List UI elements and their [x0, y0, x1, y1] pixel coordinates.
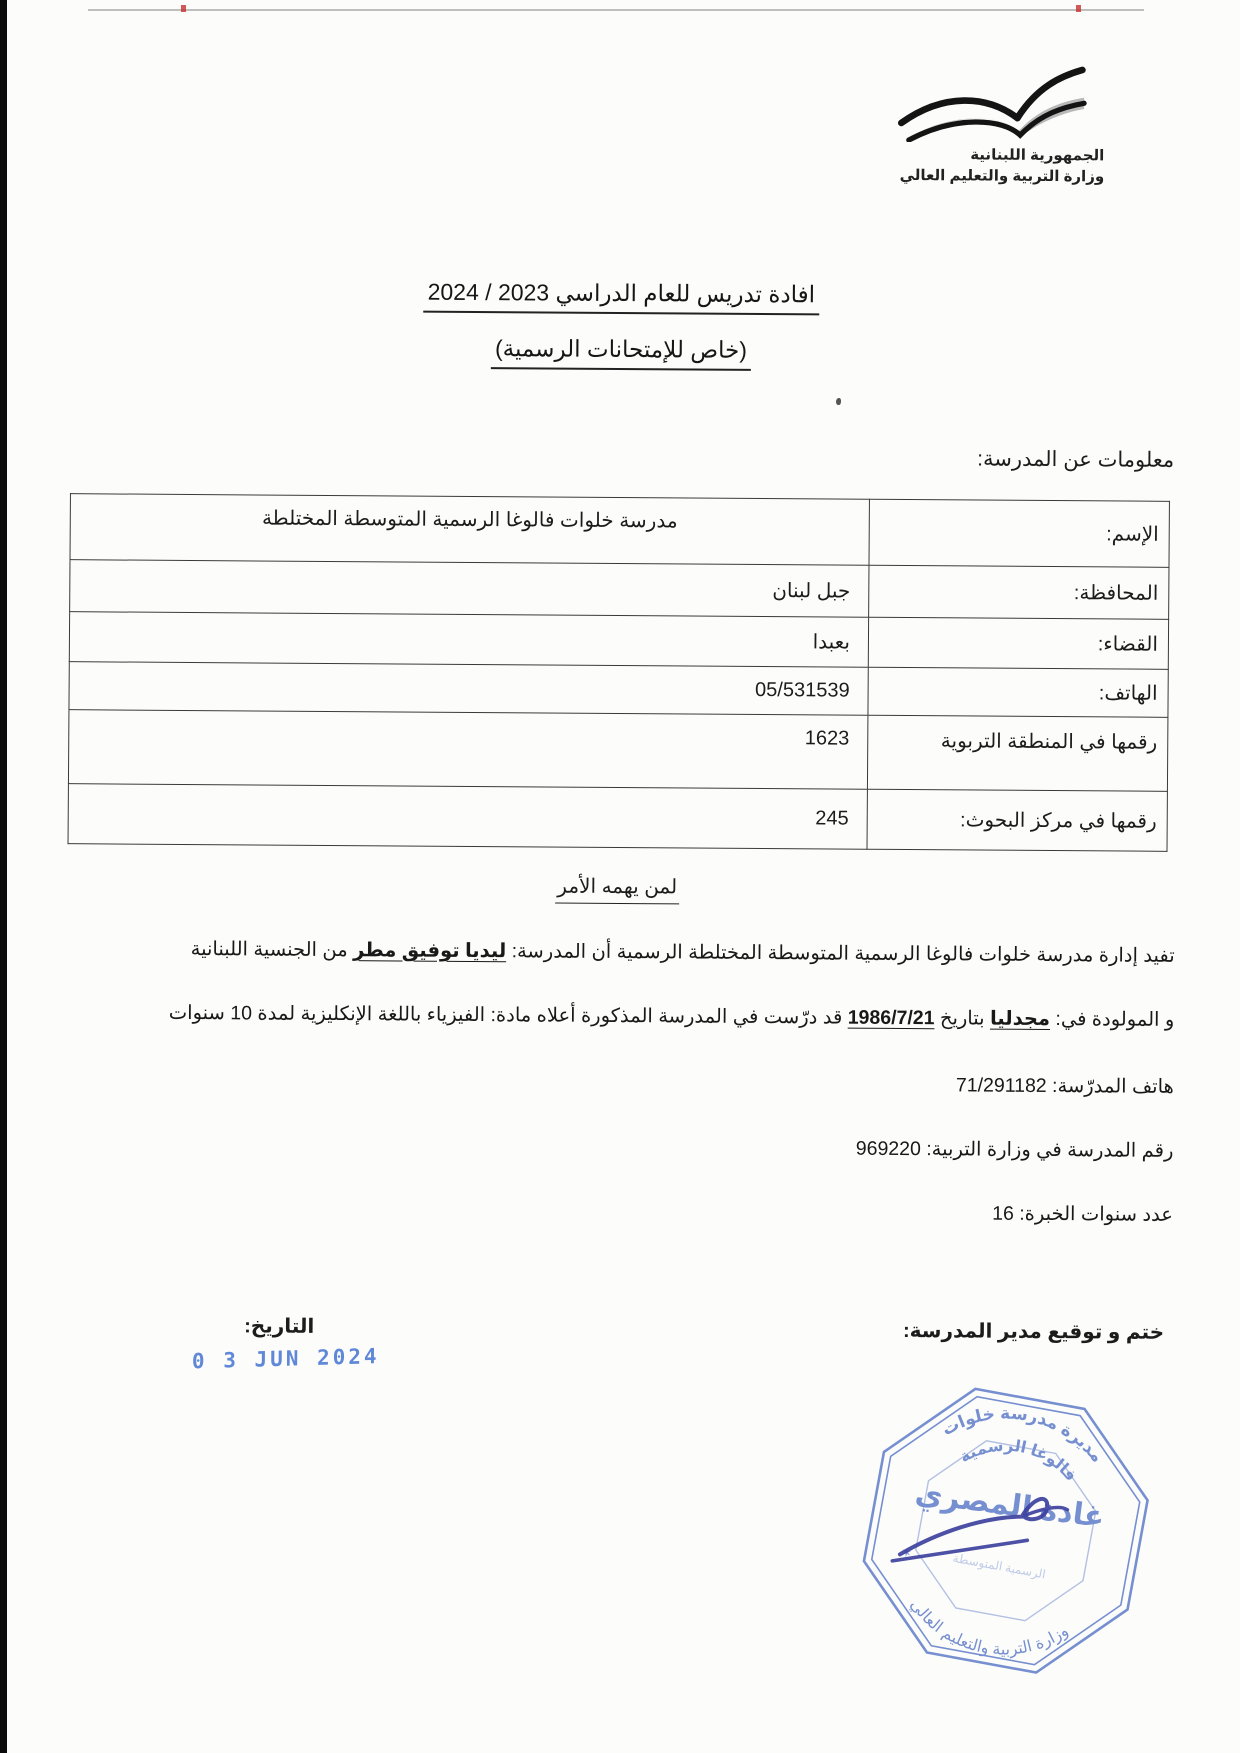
document-content: الجمهورية اللبنانية وزارة التربية والتعل…	[0, 0, 1240, 1753]
stamp-signature-label: ختم و توقيع مدير المدرسة:	[903, 1318, 1164, 1345]
table-row: الإسم: مدرسة خلوات فالوغا الرسمية المتوس…	[70, 494, 1169, 568]
letter-heading-text: لمن يهمه الأمر	[555, 874, 679, 905]
title-line2-text: (خاص للإمتحانات الرسمية)	[491, 335, 751, 371]
octagon-seal-icon: مديرة مدرسة خلوات فالوغا الرسمية غادة ال…	[839, 1352, 1172, 1724]
title-line1-text: افادة تدريس للعام الدراسي 2023 / 2024	[424, 279, 820, 316]
row-label: الهاتف:	[868, 667, 1168, 717]
row-value: بعبدا	[69, 612, 868, 668]
table-row: رقمها في مركز البحوث: 245	[68, 784, 1167, 852]
document-subtitle: (خاص للإمتحانات الرسمية)	[1, 332, 1240, 375]
birthdate: 1986/7/21	[848, 1007, 935, 1030]
birthplace: مجدليا	[990, 1008, 1050, 1030]
table-row: الهاتف: 05/531539	[69, 662, 1168, 718]
letter-line-1: تفيد إدارة مدرسة خلوات فالوغا الرسمية ال…	[191, 937, 1175, 968]
row-value: 1623	[68, 710, 867, 790]
seal-arc-bottom-text: وزارة التربية والتعليم العالي	[899, 1594, 1074, 1673]
line2-pre: و المولودة في:	[1050, 1008, 1174, 1031]
table-row: القضاء: بعبدا	[69, 612, 1168, 670]
line2-mid: بتاريخ	[934, 1007, 990, 1029]
scanned-document-page: الجمهورية اللبنانية وزارة التربية والتعل…	[0, 0, 1240, 1753]
letter-line-4: رقم المدرسة في وزارة التربية: 969220	[856, 1137, 1174, 1163]
org-name-line2: وزارة التربية والتعليم العالي	[878, 165, 1108, 188]
table-row: رقمها في المنطقة التربوية 1623	[68, 710, 1167, 792]
seal-inner-faint-text: الرسمية المتوسطة	[952, 1551, 1047, 1583]
row-label: رقمها في مركز البحوث:	[867, 789, 1167, 851]
teacher-name: ليديا توفيق مطر	[353, 939, 506, 962]
row-label: المحافظة:	[869, 565, 1169, 619]
row-value: 245	[68, 784, 867, 850]
school-info-table: الإسم: مدرسة خلوات فالوغا الرسمية المتوس…	[68, 493, 1170, 852]
row-value: جبل لبنان	[70, 560, 869, 618]
row-label: رقمها في المنطقة التربوية	[867, 715, 1168, 791]
school-seal: مديرة مدرسة خلوات فالوغا الرسمية غادة ال…	[839, 1352, 1172, 1724]
date-label: التاريخ:	[244, 1313, 314, 1338]
line1-post: من الجنسية اللبنانية	[191, 938, 354, 961]
org-name-line1: الجمهورية اللبنانية	[878, 144, 1108, 167]
svg-text:وزارة التربية والتعليم العالي: وزارة التربية والتعليم العالي	[899, 1594, 1074, 1673]
table-row: المحافظة: جبل لبنان	[70, 560, 1169, 620]
row-value: مدرسة خلوات فالوغا الرسمية المتوسطة المخ…	[70, 494, 869, 566]
ministry-header: الجمهورية اللبنانية وزارة التربية والتعل…	[878, 64, 1109, 188]
row-label: الإسم:	[869, 499, 1169, 567]
letter-line-3: هاتف المدرّسة: 71/291182	[956, 1073, 1174, 1099]
date-stamp: 0 3 JUN 2024	[192, 1344, 380, 1373]
document-title: افادة تدريس للعام الدراسي 2023 / 2024	[1, 276, 1240, 319]
line2-post: قد درّست في المدرسة المذكورة أعلاه مادة:…	[169, 1002, 848, 1029]
open-book-logo-icon	[893, 64, 1094, 143]
row-value: 05/531539	[69, 662, 868, 716]
letter-heading: لمن يهمه الأمر	[0, 870, 1237, 909]
letter-line-2: و المولودة في: مجدليا بتاريخ 1986/7/21 ق…	[169, 1001, 1175, 1032]
school-info-heading: معلومات عن المدرسة:	[977, 446, 1174, 472]
letter-line-5: عدد سنوات الخبرة: 16	[992, 1202, 1173, 1227]
line1-pre: تفيد إدارة مدرسة خلوات فالوغا الرسمية ال…	[506, 940, 1175, 967]
row-label: القضاء:	[868, 617, 1168, 669]
